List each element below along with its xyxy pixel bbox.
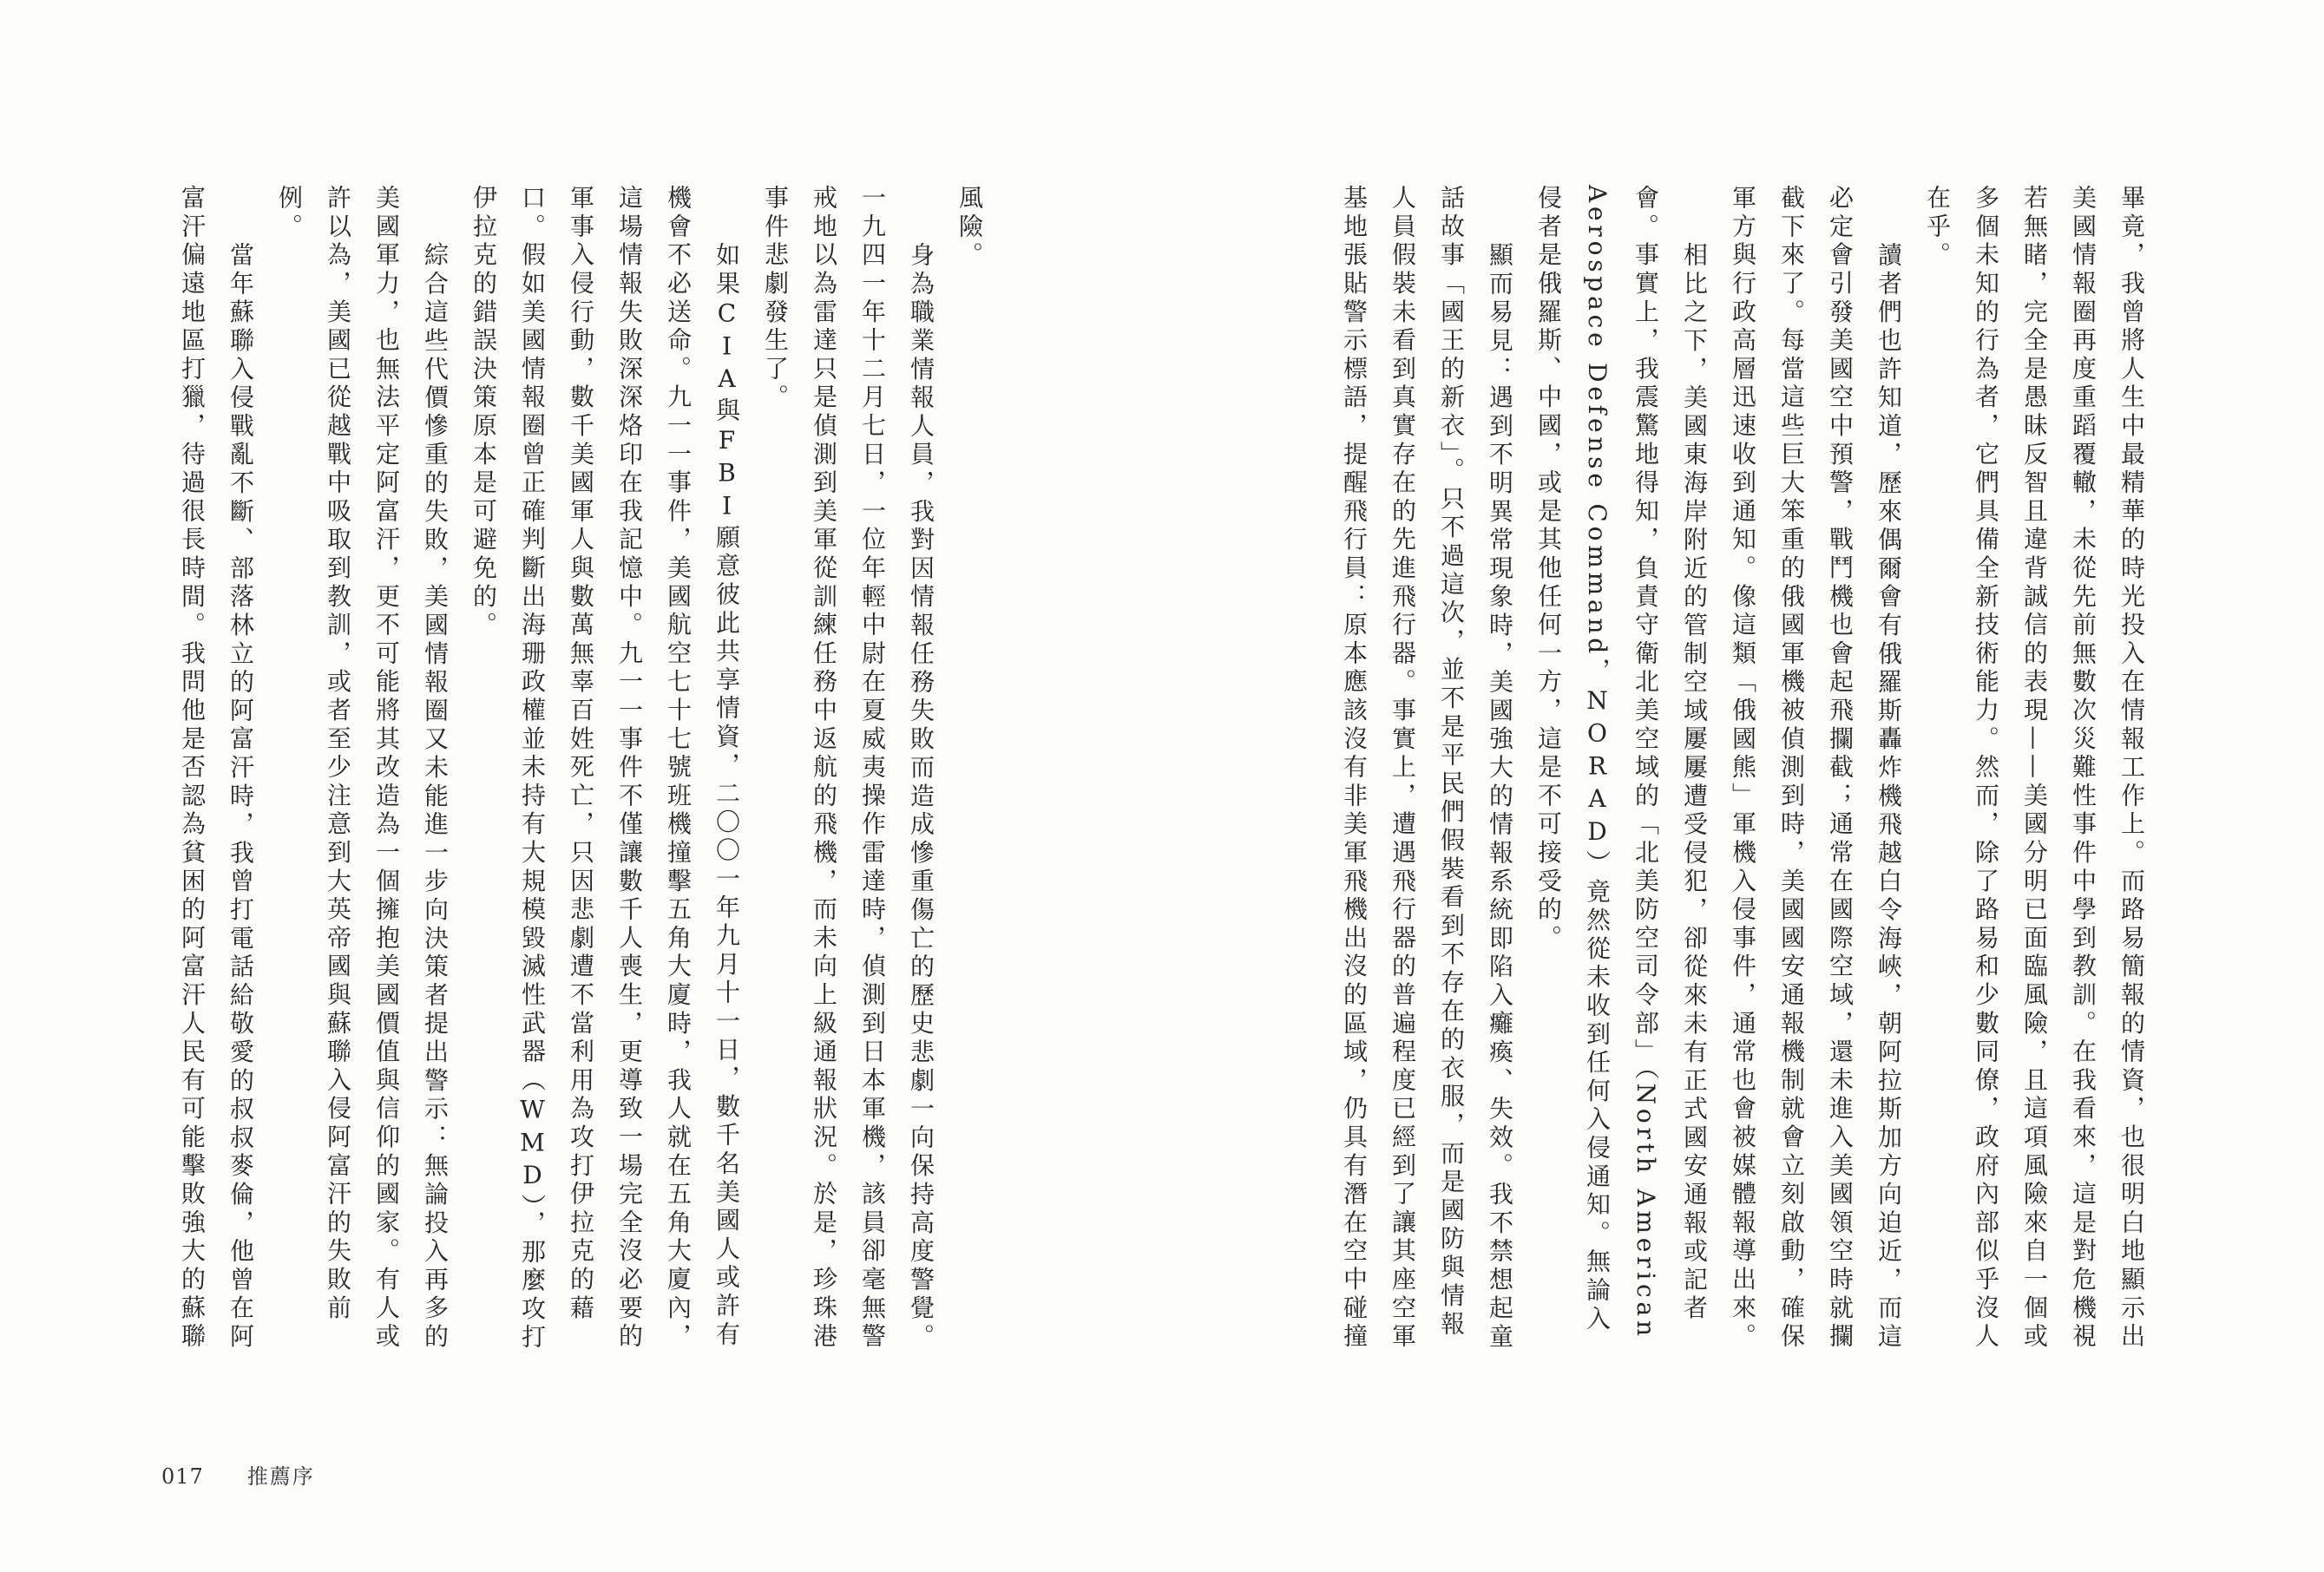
paragraph: 綜合這些代價慘重的失敗，美國情報圈又未能進一步向決策者提出警示：無論投入再多的美… [265, 185, 459, 1358]
upright-acronym: NORAD [1583, 686, 1612, 850]
book-page-017: 風險。身為職業情報人員，我對因情報任務失敗而造成慘重傷亡的歷史悲劇一向保持高度警… [0, 0, 1162, 1572]
paragraph: 如果CIA與FBI願意彼此共享情資，二〇〇一年九月十一日，數千名美國人或許有機會… [459, 185, 751, 1358]
paragraph: 讀者們也許知道，歷來偶爾會有俄羅斯轟炸機飛越白令海峽，朝阿拉斯加方向迫近，而這必… [1718, 185, 1913, 1358]
paragraph: 當年蘇聯入侵戰亂不斷、部落林立的阿富汗時，我曾打電話給敬愛的叔叔麥倫，他曾在阿富… [167, 185, 265, 1358]
book-page-016: 畢竟，我曾將人生中最精華的時光投入在情報工作上。而路易簡報的情資，也很明白地顯示… [1162, 0, 2324, 1572]
paragraph: 風險。 [945, 185, 994, 1358]
upright-acronym: CIA [712, 299, 741, 397]
upright-acronym: FBI [712, 426, 741, 524]
paragraph: 畢竟，我曾將人生中最精華的時光投入在情報工作上。而路易簡報的情資，也很明白地顯示… [1913, 185, 2156, 1358]
upright-acronym: WMD [518, 1096, 547, 1194]
page-017-footer: 017推薦序 [161, 1459, 315, 1490]
running-title: 推薦序 [247, 1464, 315, 1489]
page-017-text-block: 風險。身為職業情報人員，我對因情報任務失敗而造成慘重傷亡的歷史悲劇一向保持高度警… [167, 185, 994, 1358]
paragraph: 顯而易見：遇到不明異常現象時，美國強大的情報系統即陷入癱瘓、失效。我不禁想起童話… [1329, 185, 1524, 1358]
paragraph: 相比之下，美國東海岸附近的管制空域屢屢遭受侵犯，卻從來未有正式國安通報或記者會。… [1524, 185, 1718, 1358]
page-number: 017 [161, 1464, 204, 1489]
page-016-text-block: 畢竟，我曾將人生中最精華的時光投入在情報工作上。而路易簡報的情資，也很明白地顯示… [1329, 185, 2156, 1358]
paragraph: 身為職業情報人員，我對因情報任務失敗而造成慘重傷亡的歷史悲劇一向保持高度警覺。一… [751, 185, 945, 1358]
